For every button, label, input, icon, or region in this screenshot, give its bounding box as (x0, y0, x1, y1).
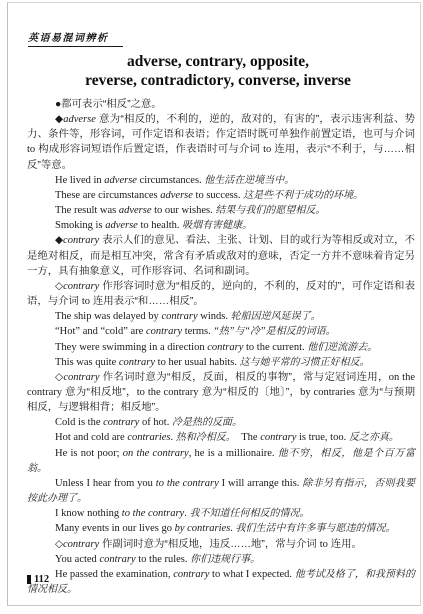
text-segment: 热和冷相反。 (176, 432, 231, 443)
text-segment: to the rules. (136, 554, 191, 565)
text-segment: adverse (104, 175, 137, 186)
text-segment: The ship was delayed by (55, 311, 161, 322)
text-segment: 我不知道任何相反的情况。 (189, 508, 309, 519)
paragraph: The ship was delayed by contrary winds. … (27, 309, 415, 324)
text-segment: to (320, 539, 328, 550)
text-segment: contrary (207, 342, 243, 353)
text-segment: to the contrary (122, 508, 184, 519)
paragraph: These are circumstances adverse to succe… (27, 188, 415, 203)
text-segment: I know nothing (55, 508, 122, 519)
text-segment: 吸烟有害健康。 (182, 220, 252, 231)
page-number-bar-icon (27, 575, 31, 584)
text-segment: ◇ (55, 281, 63, 292)
text-segment: contrary (63, 539, 99, 550)
paragraph: ◆adverse 意为“相反的，不利的，逆的，敌对的，有害的”，表示违害利益、势… (27, 112, 415, 173)
text-segment: This was quite (55, 357, 119, 368)
text-segment: 这是些不利于成功的环境。 (243, 190, 363, 201)
entry-title: adverse, contrary, opposite, reverse, co… (20, 53, 416, 90)
paragraph: ◆contrary 表示人们的意见、看法、主张、计划、目的或行为等相反或对立，不… (27, 233, 415, 278)
text-segment: “热”与“冷”是相反的词语。 (213, 326, 335, 337)
text-segment: contrary (161, 311, 197, 322)
text-segment: He is not poor; (55, 448, 123, 459)
paragraph: ◇contrary 作形容词时意为“相反的，逆向的，不利的，反对的”，可作定语和… (27, 279, 415, 309)
text-segment: contrary (63, 372, 99, 383)
text-segment: He lived in (55, 175, 104, 186)
text-segment: circumstances. (137, 175, 204, 186)
paragraph: Hot and cold are contraries. 热和冷相反。 The … (27, 430, 415, 445)
paragraph: Unless I hear from you to the contrary I… (27, 476, 415, 506)
text-segment: contrary (260, 432, 296, 443)
text-segment: You acted (55, 554, 99, 565)
text-segment: 连用表示“和……相反”。 (90, 296, 204, 307)
text-segment: 作名词时意为“相反，反面，相反的事物”，常与定冠词连用， (99, 372, 388, 383)
text-segment: 轮船因逆风延误了。 (231, 311, 321, 322)
text-segment: 这与她平常的习惯正好相反。 (240, 357, 370, 368)
paragraph: “Hot” and “cold” are contrary terms. “热”… (27, 324, 415, 339)
text-segment: to health. (138, 220, 182, 231)
text-segment: adverse (105, 220, 138, 231)
paragraph: I know nothing to the contrary. 我不知道任何相反… (27, 506, 415, 521)
text-segment: contrary (63, 281, 99, 292)
text-segment: 作副词时意为“相反地，违反……地”，常与介词 (99, 539, 320, 550)
text-segment: of hot. (139, 417, 172, 428)
text-segment: 意为“相反的〔地〕”， (199, 387, 301, 398)
paragraph: ◇contrary 作名词时意为“相反，反面，相反的事物”，常与定冠词连用，on… (27, 370, 415, 415)
paragraph: He is not poor; on the contrary, he is a… (27, 446, 415, 476)
book-page: 英语易混词辨析 adverse, contrary, opposite, rev… (7, 2, 421, 606)
text-segment: ◇ (55, 539, 63, 550)
text-segment: 你们违规行事。 (190, 554, 260, 565)
text-segment: “Hot” and “cold” are (55, 326, 146, 337)
text-segment: contraries (127, 432, 170, 443)
text-segment: contrary (146, 326, 182, 337)
paragraph: They were swimming in a direction contra… (27, 340, 415, 355)
paragraph: ◇contrary 作副词时意为“相反地，违反……地”，常与介词 to 连用。 (27, 537, 415, 552)
text-segment: 冷是热的反面。 (172, 417, 242, 428)
text-segment: 反之亦真。 (349, 432, 399, 443)
text-segment: contrary (119, 357, 155, 368)
text-segment: Cold is the (55, 417, 103, 428)
paragraph: You acted contrary to the rules. 你们违规行事。 (27, 552, 415, 567)
text-segment: to the contrary (137, 387, 199, 398)
running-head-text: 英语易混词辨析 (28, 33, 109, 44)
text-segment: to our wishes. (152, 205, 216, 216)
text-segment: to what I expected. (209, 569, 294, 580)
text-segment: to (82, 296, 90, 307)
text-segment: contrary (173, 569, 209, 580)
text-segment: to her usual habits. (155, 357, 240, 368)
text-segment: They were swimming in a direction (55, 342, 207, 353)
text-segment: adverse (119, 205, 152, 216)
text-segment: 他们逆流游去。 (307, 342, 377, 353)
body-paragraphs: ●都可表示“相反”之意。◆adverse 意为“相反的，不利的，逆的，敌对的，有… (27, 97, 415, 597)
text-segment: I will arrange this. (219, 478, 303, 489)
paragraph: The result was adverse to our wishes. 结果… (27, 203, 415, 218)
text-segment: to success. (193, 190, 243, 201)
text-segment: is true, too. (296, 432, 349, 443)
text-segment: Many events in our lives go (55, 523, 175, 534)
running-head: 英语易混词辨析 (28, 29, 123, 47)
text-segment: , he is a millionaire. (189, 448, 278, 459)
text-segment: by contraries (175, 523, 231, 534)
paragraph: ●都可表示“相反”之意。 (27, 97, 415, 112)
text-segment: ◆ (55, 114, 63, 125)
page-footer: 112 (27, 574, 49, 585)
text-segment: to (27, 144, 35, 155)
text-segment: 我们生活中有许多事与愿违的情况。 (236, 523, 396, 534)
text-segment: ●都可表示“相反”之意。 (55, 99, 162, 110)
text-segment: Unless I hear from you (55, 478, 156, 489)
paragraph: He passed the examination, contrary to w… (27, 567, 415, 597)
text-segment: Smoking is (55, 220, 105, 231)
paragraph: Cold is the contrary of hot. 冷是热的反面。 (27, 415, 415, 430)
text-segment: adverse (63, 114, 96, 125)
text-segment: terms. (182, 326, 213, 337)
text-segment: 意为“相反地”， (62, 387, 137, 398)
text-segment: winds. (198, 311, 231, 322)
entry-title-line2: reverse, contradictory, converse, invers… (20, 72, 416, 91)
text-segment: contrary (99, 554, 135, 565)
text-segment: adverse (160, 190, 193, 201)
paragraph: Many events in our lives go by contrarie… (27, 521, 415, 536)
text-segment: 构成形容词短语作后置定语，作表语时可与介词 (35, 144, 263, 155)
text-segment: by contraries (300, 387, 355, 398)
text-segment: The (231, 432, 260, 443)
text-segment: 结果与我们的愿望相反。 (215, 205, 325, 216)
text-segment: The result was (55, 205, 119, 216)
paragraph: Smoking is adverse to health. 吸烟有害健康。 (27, 218, 415, 233)
page-number: 112 (34, 574, 49, 585)
text-segment: 他生活在逆境当中。 (204, 175, 294, 186)
paragraph: He lived in adverse circumstances. 他生活在逆… (27, 173, 415, 188)
text-segment: 连用。 (328, 539, 362, 550)
text-segment: These are circumstances (55, 190, 160, 201)
text-segment: contrary (63, 235, 99, 246)
text-segment: ◆ (55, 235, 63, 246)
text-segment: to the current. (243, 342, 307, 353)
paragraph: This was quite contrary to her usual hab… (27, 355, 415, 370)
text-segment: Hot and cold are (55, 432, 127, 443)
entry-title-line1: adverse, contrary, opposite, (20, 53, 416, 72)
text-segment: to the contrary (156, 478, 219, 489)
text-segment: on the contrary (123, 448, 189, 459)
text-segment: He passed the examination, (55, 569, 173, 580)
text-segment: contrary (103, 417, 139, 428)
